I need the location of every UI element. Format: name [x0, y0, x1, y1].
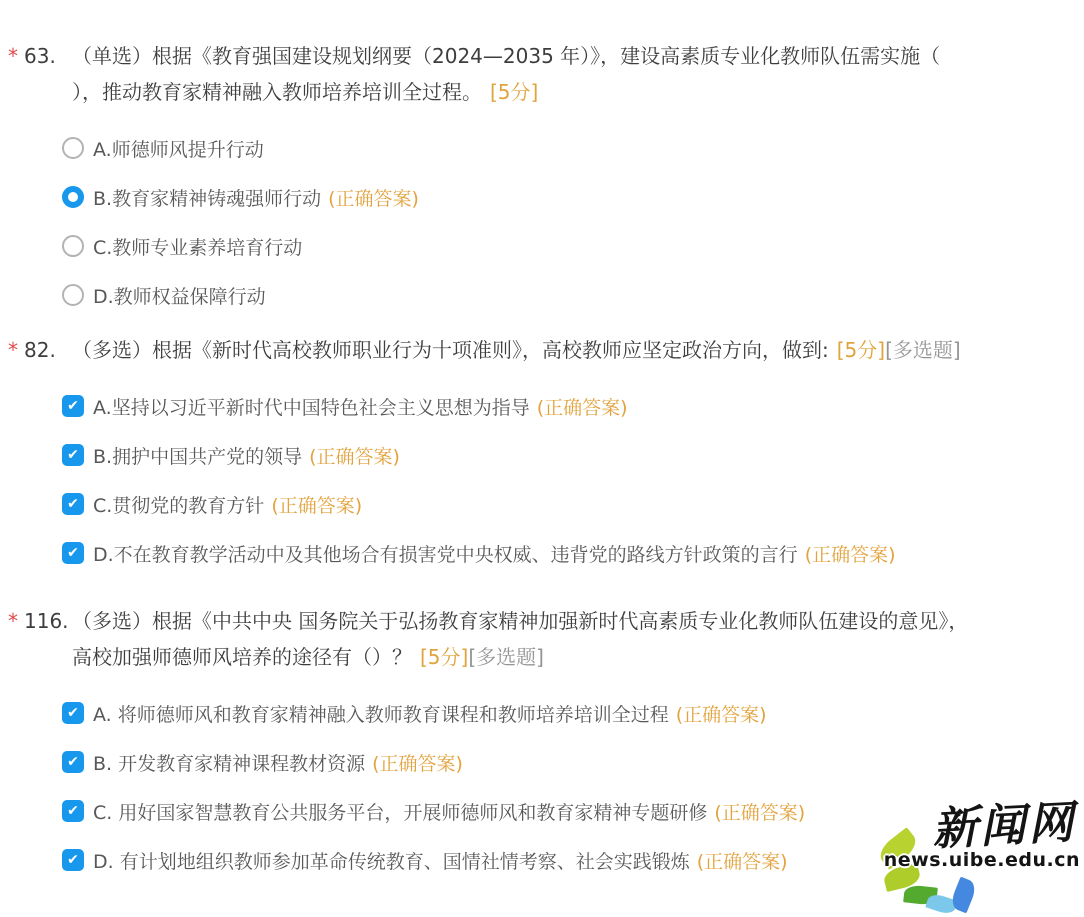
- quiz-results-page: * 63. （单选）根据《教育强国建设规划纲要（2024—2035 年）》，建设…: [0, 0, 1084, 917]
- score-tag: [5分]: [837, 338, 885, 362]
- option-label: B.教育家精神铸魂强师行动: [93, 184, 321, 211]
- question-116-options: ✔ A. 将师德师风和教育家精神融入教师教育课程和教师培养培训全过程 (正确答案…: [62, 701, 1064, 872]
- radio-unselected-icon[interactable]: [62, 137, 84, 159]
- checkbox-checked-icon[interactable]: ✔: [62, 702, 84, 724]
- q116-option-c[interactable]: ✔ C. 用好国家智慧教育公共服务平台，开展师德师风和教育家精神专题研修 (正确…: [62, 799, 1064, 823]
- required-asterisk: *: [8, 38, 24, 74]
- option-label: C.贯彻党的教育方针: [93, 491, 264, 518]
- q63-option-c[interactable]: C.教师专业素养培育行动: [62, 234, 1064, 258]
- correct-answer-tag: (正确答案): [537, 393, 628, 420]
- correct-answer-tag: (正确答案): [328, 184, 419, 211]
- required-asterisk: *: [8, 603, 24, 639]
- checkbox-checked-icon[interactable]: ✔: [62, 395, 84, 417]
- question-number: 82.: [24, 332, 72, 368]
- question-text-body: （多选）根据《新时代高校教师职业行为十项准则》，高校教师应坚定政治方向，做到:: [72, 338, 829, 362]
- option-label: B.拥护中国共产党的领导: [93, 442, 302, 469]
- correct-answer-tag: (正确答案): [697, 847, 788, 874]
- q116-option-b[interactable]: ✔ B. 开发教育家精神课程教材资源 (正确答案): [62, 750, 1064, 774]
- checkbox-checked-icon[interactable]: ✔: [62, 800, 84, 822]
- question-number: 116.: [24, 603, 72, 639]
- question-list: * 63. （单选）根据《教育强国建设规划纲要（2024—2035 年）》，建设…: [0, 0, 1084, 872]
- question-text: （多选）根据《新时代高校教师职业行为十项准则》，高校教师应坚定政治方向，做到:[…: [72, 332, 1064, 368]
- question-text: （多选）根据《中共中央 国务院关于弘扬教育家精神加强新时代高素质专业化教师队伍建…: [72, 603, 1064, 675]
- question-116-header: * 116. （多选）根据《中共中央 国务院关于弘扬教育家精神加强新时代高素质专…: [8, 603, 1064, 675]
- correct-answer-tag: (正确答案): [805, 540, 896, 567]
- q82-option-b[interactable]: ✔ B.拥护中国共产党的领导 (正确答案): [62, 443, 1064, 467]
- checkbox-checked-icon[interactable]: ✔: [62, 542, 84, 564]
- leaf-icon: [925, 892, 958, 916]
- question-116: * 116. （多选）根据《中共中央 国务院关于弘扬教育家精神加强新时代高素质专…: [8, 603, 1064, 872]
- radio-unselected-icon[interactable]: [62, 235, 84, 257]
- question-82-header: * 82. （多选）根据《新时代高校教师职业行为十项准则》，高校教师应坚定政治方…: [8, 332, 1064, 368]
- option-label: A.坚持以习近平新时代中国特色社会主义思想为指导: [93, 393, 530, 420]
- checkbox-checked-icon[interactable]: ✔: [62, 444, 84, 466]
- option-label: C. 用好国家智慧教育公共服务平台，开展师德师风和教育家精神专题研修: [93, 798, 707, 825]
- q116-option-d[interactable]: ✔ D. 有计划地组织教师参加革命传统教育、国情社情考察、社会实践锻炼 (正确答…: [62, 848, 1064, 872]
- q82-option-c[interactable]: ✔ C.贯彻党的教育方针 (正确答案): [62, 492, 1064, 516]
- correct-answer-tag: (正确答案): [714, 798, 805, 825]
- correct-answer-tag: (正确答案): [676, 700, 767, 727]
- correct-answer-tag: (正确答案): [271, 491, 362, 518]
- question-82: * 82. （多选）根据《新时代高校教师职业行为十项准则》，高校教师应坚定政治方…: [8, 332, 1064, 565]
- question-63-header: * 63. （单选）根据《教育强国建设规划纲要（2024—2035 年）》，建设…: [8, 38, 1064, 110]
- correct-answer-tag: (正确答案): [309, 442, 400, 469]
- leaf-icon: [949, 877, 979, 914]
- option-label: C.教师专业素养培育行动: [93, 233, 302, 260]
- checkbox-checked-icon[interactable]: ✔: [62, 493, 84, 515]
- type-tag: [多选题]: [468, 645, 544, 669]
- option-label: D.教师权益保障行动: [93, 282, 266, 309]
- correct-answer-tag: (正确答案): [372, 749, 463, 776]
- score-tag: [5分]: [420, 645, 468, 669]
- question-text: （单选）根据《教育强国建设规划纲要（2024—2035 年）》，建设高素质专业化…: [72, 38, 1064, 110]
- question-number: 63.: [24, 38, 72, 74]
- option-label: D.不在教育教学活动中及其他场合有损害党中央权威、违背党的路线方针政策的言行: [93, 540, 798, 567]
- q116-option-a[interactable]: ✔ A. 将师德师风和教育家精神融入教师教育课程和教师培养培训全过程 (正确答案…: [62, 701, 1064, 725]
- q63-option-b[interactable]: B.教育家精神铸魂强师行动 (正确答案): [62, 185, 1064, 209]
- score-tag: [5分]: [490, 80, 538, 104]
- question-63-options: A.师德师风提升行动 B.教育家精神铸魂强师行动 (正确答案) C.教师专业素养…: [62, 136, 1064, 307]
- q82-option-d[interactable]: ✔ D.不在教育教学活动中及其他场合有损害党中央权威、违背党的路线方针政策的言行…: [62, 541, 1064, 565]
- q63-option-a[interactable]: A.师德师风提升行动: [62, 136, 1064, 160]
- option-label: A. 将师德师风和教育家精神融入教师教育课程和教师培养培训全过程: [93, 700, 669, 727]
- leaf-icon: [903, 884, 938, 905]
- q63-option-d[interactable]: D.教师权益保障行动: [62, 283, 1064, 307]
- option-label: B. 开发教育家精神课程教材资源: [93, 749, 365, 776]
- checkbox-checked-icon[interactable]: ✔: [62, 849, 84, 871]
- type-tag: [多选题]: [885, 338, 961, 362]
- question-82-options: ✔ A.坚持以习近平新时代中国特色社会主义思想为指导 (正确答案) ✔ B.拥护…: [62, 394, 1064, 565]
- radio-selected-icon[interactable]: [62, 186, 84, 208]
- checkbox-checked-icon[interactable]: ✔: [62, 751, 84, 773]
- question-63: * 63. （单选）根据《教育强国建设规划纲要（2024—2035 年）》，建设…: [8, 38, 1064, 307]
- required-asterisk: *: [8, 332, 24, 368]
- option-label: A.师德师风提升行动: [93, 135, 264, 162]
- q82-option-a[interactable]: ✔ A.坚持以习近平新时代中国特色社会主义思想为指导 (正确答案): [62, 394, 1064, 418]
- radio-unselected-icon[interactable]: [62, 284, 84, 306]
- option-label: D. 有计划地组织教师参加革命传统教育、国情社情考察、社会实践锻炼: [93, 847, 690, 874]
